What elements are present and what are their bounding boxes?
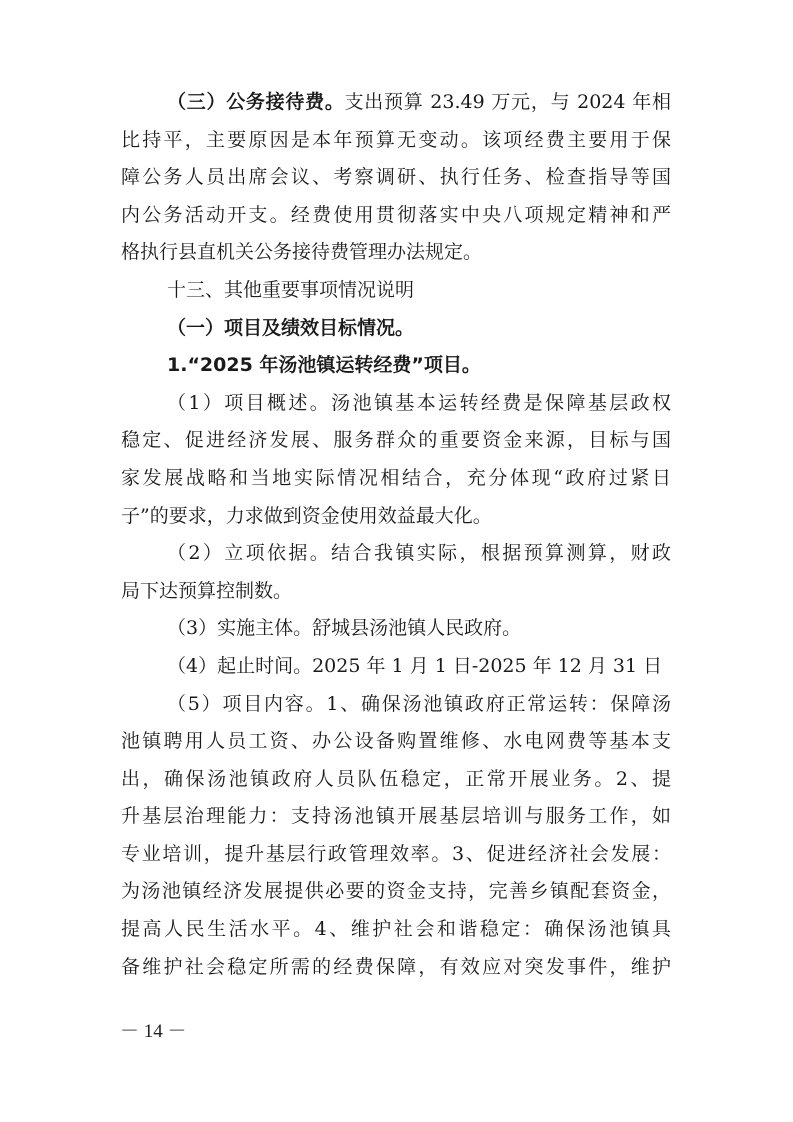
paragraph-line: 障公务人员出席会议、考察调研、执行任务、检查指导等国 [121, 159, 671, 197]
section-3-text: 支出预算 23.49 万元，与 2024 年相 [345, 91, 671, 113]
paragraph-line: 子”的要求，力求做到资金使用效益最大化。 [121, 498, 671, 536]
paragraph-line: 家发展战略和当地实际情况相结合，充分体现“政府过紧日 [121, 460, 671, 498]
paragraph-line: 备维护社会稳定所需的经费保障，有效应对突发事件，维护 [121, 949, 671, 987]
subsection-1-title: （一）项目及绩效目标情况。 [121, 310, 671, 348]
paragraph-line: （1）项目概述。汤池镇基本运转经费是保障基层政权 [121, 385, 671, 423]
paragraph-line: 专业培训，提升基层行政管理效率。3、促进经济社会发展： [121, 836, 671, 874]
body-text: （三）公务接待费。支出预算 23.49 万元，与 2024 年相 比持平，主要原… [121, 84, 671, 986]
paragraph-line: （3）实施主体。舒城县汤池镇人民政府。 [121, 610, 671, 648]
section-3-heading: （三）公务接待费。 [167, 91, 345, 113]
paragraph-line: 内公务活动开支。经费使用贯彻落实中央八项规定精神和严 [121, 197, 671, 235]
paragraph-line: 比持平，主要原因是本年预算无变动。该项经费主要用于保 [121, 122, 671, 160]
paragraph-line: 稳定、促进经济发展、服务群众的重要资金来源，目标与国 [121, 422, 671, 460]
page-number: － 14 － [120, 1016, 187, 1043]
paragraph-line: 局下达预算控制数。 [121, 573, 671, 611]
paragraph-line: （4）起止时间。2025 年 1 月 1 日-2025 年 12 月 31 日 [121, 648, 671, 686]
paragraph-line: 提高人民生活水平。4、维护社会和谐稳定：确保汤池镇具 [121, 911, 671, 949]
paragraph-line: 池镇聘用人员工资、办公设备购置维修、水电网费等基本支 [121, 723, 671, 761]
paragraph-line: 升基层治理能力：支持汤池镇开展基层培训与服务工作，如 [121, 798, 671, 836]
section-3-first-line: （三）公务接待费。支出预算 23.49 万元，与 2024 年相 [121, 84, 671, 122]
paragraph-line: 为汤池镇经济发展提供必要的资金支持，完善乡镇配套资金， [121, 873, 671, 911]
paragraph-line: 格执行县直机关公务接待费管理办法规定。 [121, 234, 671, 272]
document-page: （三）公务接待费。支出预算 23.49 万元，与 2024 年相 比持平，主要原… [0, 0, 793, 1122]
paragraph-line: （2）立项依据。结合我镇实际，根据预算测算，财政 [121, 535, 671, 573]
paragraph-line: 出，确保汤池镇政府人员队伍稳定，正常开展业务。2、提 [121, 761, 671, 799]
chapter-13-title: 十三、其他重要事项情况说明 [121, 272, 671, 310]
item-1-title: 1.“2025 年汤池镇运转经费”项目。 [121, 347, 671, 385]
paragraph-line: （5）项目内容。1、确保汤池镇政府正常运转：保障汤 [121, 686, 671, 724]
